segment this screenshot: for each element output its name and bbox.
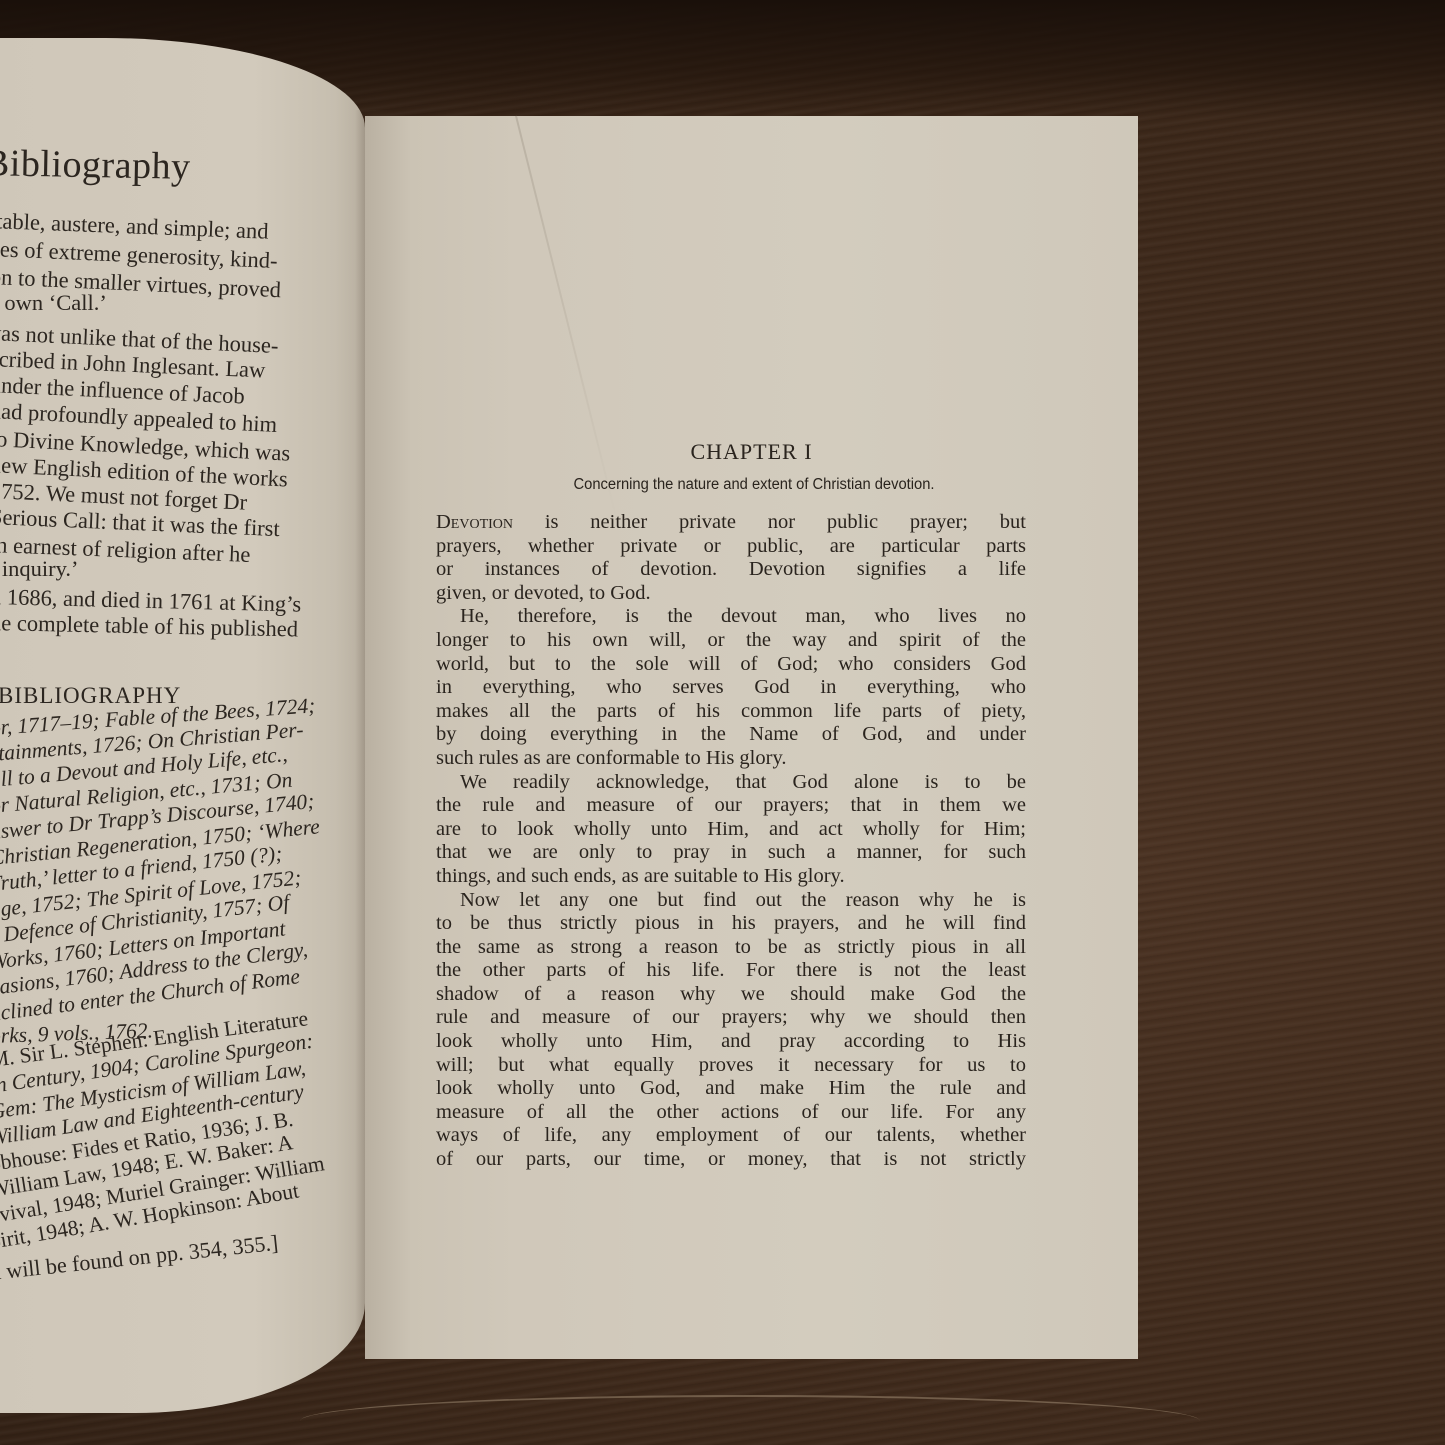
body-line: world, but to the sole will of God; who … bbox=[436, 653, 1026, 677]
chapter-subtitle: Concerning the nature and extent of Chri… bbox=[384, 476, 1087, 494]
body-line-text: is neither private nor public prayer; bu… bbox=[513, 511, 1026, 533]
intro-line: l inquiry.’ bbox=[0, 556, 79, 582]
running-title: Bibliography bbox=[0, 141, 191, 189]
body-line: given, or devoted, to God. bbox=[436, 582, 1026, 606]
body-line: things, and such ends, as are suitable t… bbox=[436, 865, 1026, 889]
body-line: ways of life, any employment of our tale… bbox=[436, 1124, 1026, 1148]
body-line: the rule and measure of our prayers; tha… bbox=[436, 794, 1026, 818]
body-line: makes all the parts of his common life p… bbox=[436, 700, 1026, 724]
body-line: are to look wholly unto Him, and act who… bbox=[436, 818, 1026, 842]
paragraph: We readily acknowledge, that God alone i… bbox=[436, 771, 1026, 889]
lead-word: Devotion bbox=[436, 511, 513, 533]
paragraph: Now let any one but find out the reason … bbox=[436, 889, 1026, 1172]
intro-line: s own ‘Call.’ bbox=[0, 290, 107, 316]
body-line: measure of all the other actions of our … bbox=[436, 1101, 1026, 1125]
paragraph: Devotion is neither private nor public p… bbox=[436, 511, 1026, 605]
body-line: We readily acknowledge, that God alone i… bbox=[436, 771, 1026, 795]
body-line: Devotion is neither private nor public p… bbox=[436, 511, 1026, 535]
body-line: by doing everything in the Name of God, … bbox=[436, 723, 1026, 747]
body-line: rule and measure of our prayers; why we … bbox=[436, 1006, 1026, 1030]
body-line: shadow of a reason why we should make Go… bbox=[436, 983, 1026, 1007]
chapter-title: CHAPTER I bbox=[365, 439, 1138, 465]
right-page: CHAPTER I Concerning the nature and exte… bbox=[365, 116, 1138, 1359]
body-line: of our parts, our time, or money, that i… bbox=[436, 1148, 1026, 1172]
body-line: to be thus strictly pious in his prayers… bbox=[436, 912, 1026, 936]
body-line: such rules as are conformable to His glo… bbox=[436, 747, 1026, 771]
body-line: look wholly unto God, and make Him the r… bbox=[436, 1077, 1026, 1101]
body-line: longer to his own will, or the way and s… bbox=[436, 629, 1026, 653]
body-line: will; but what equally proves it necessa… bbox=[436, 1054, 1026, 1078]
left-page-text: Bibliography itable, austere, and simple… bbox=[0, 38, 365, 1413]
body-line: in everything, who serves God in everyth… bbox=[436, 676, 1026, 700]
body-line: He, therefore, is the devout man, who li… bbox=[436, 605, 1026, 629]
chapter-body: Devotion is neither private nor public p… bbox=[436, 511, 1026, 1172]
body-line: prayers, whether private or public, are … bbox=[436, 535, 1026, 559]
body-line: that we are only to pray in such a manne… bbox=[436, 841, 1026, 865]
paragraph: He, therefore, is the devout man, who li… bbox=[436, 605, 1026, 770]
intro-line: ne complete table of his published bbox=[0, 610, 298, 642]
table-paper-reflection bbox=[300, 1395, 1200, 1445]
body-line: look wholly unto Him, and pray according… bbox=[436, 1030, 1026, 1054]
body-line: or instances of devotion. Devotion signi… bbox=[436, 558, 1026, 582]
body-line: the same as strong a reason to be as str… bbox=[436, 936, 1026, 960]
body-line: the other parts of his life. For there i… bbox=[436, 959, 1026, 983]
body-line: Now let any one but find out the reason … bbox=[436, 889, 1026, 913]
left-page: Bibliography itable, austere, and simple… bbox=[0, 38, 365, 1413]
